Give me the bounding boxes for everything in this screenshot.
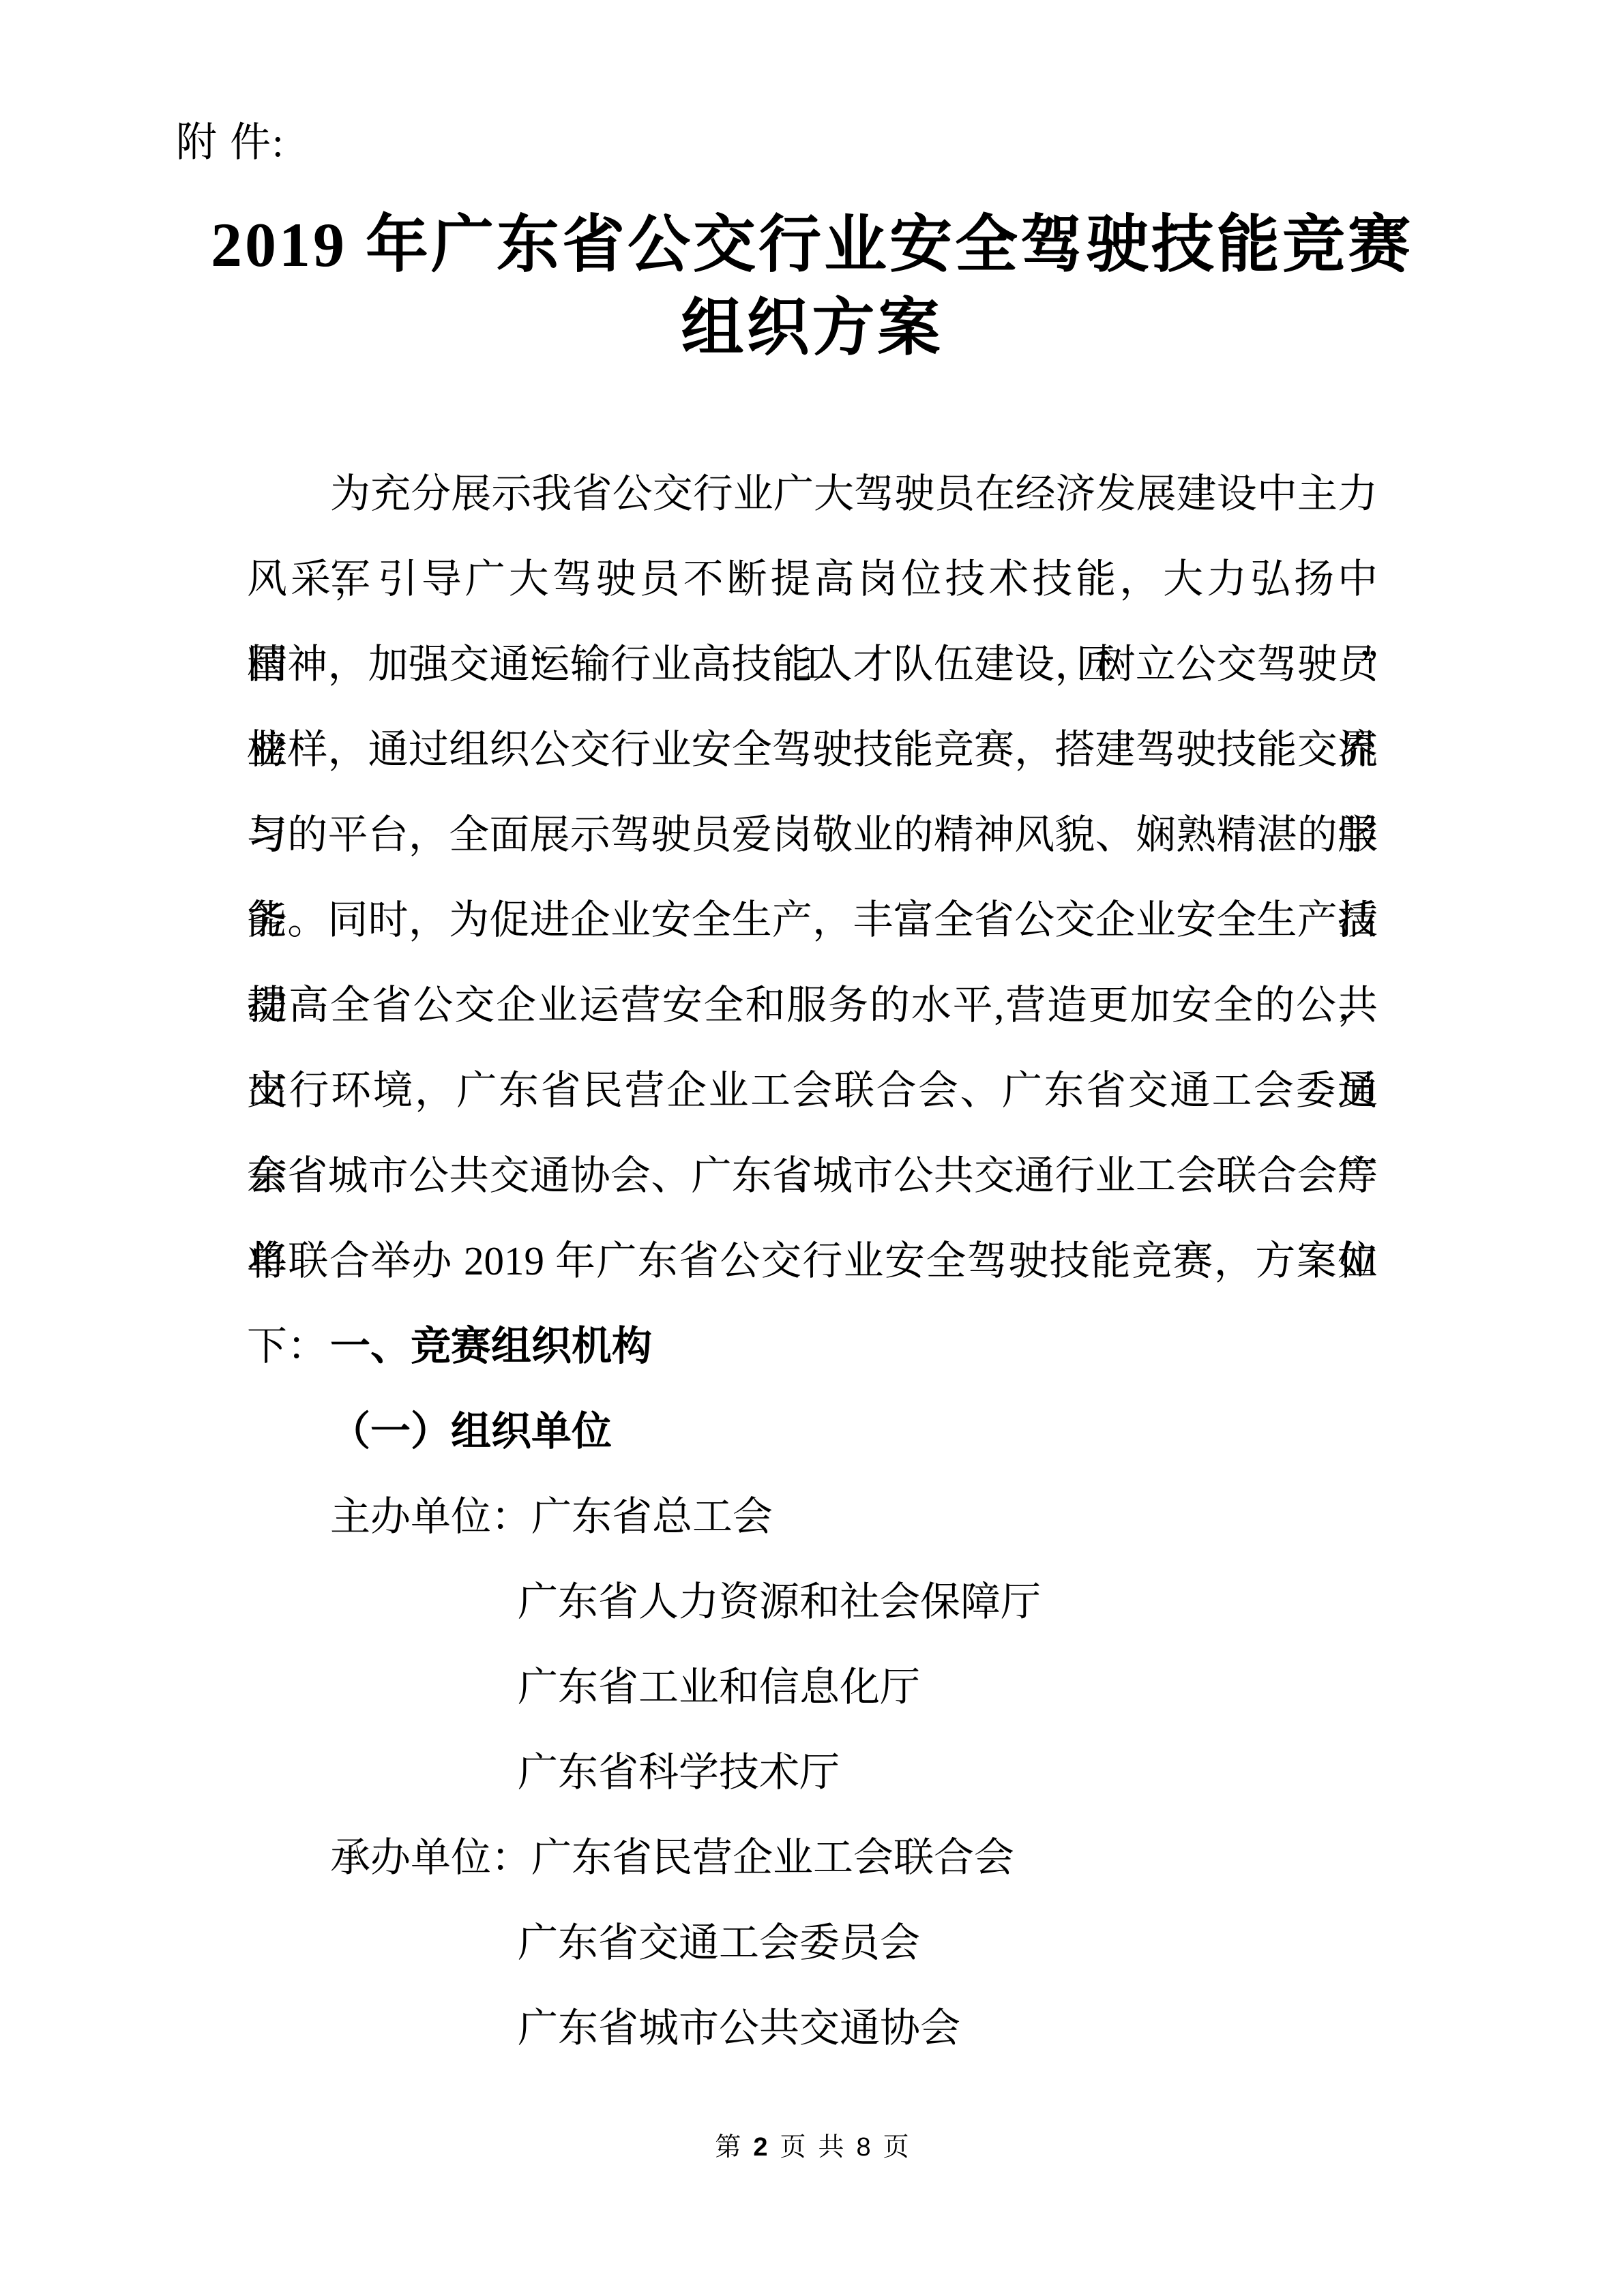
host-unit-item: 广东省科学技术厅 (247, 1730, 1378, 1815)
paragraph-line: 习的平台，全面展示驾驶员爱岗敬业的精神风貌、娴熟精湛的服务技 (247, 792, 1378, 878)
document-body: 为充分展示我省公交行业广大驾驶员在经济发展建设中主力军 风采，引导广大驾驶员不断… (247, 451, 1378, 2071)
organizer-units-label-line: 承办单位：广东省民营企业工会联合会 (247, 1815, 1378, 1900)
organizer-unit-item: 广东省交通工会委员会 (247, 1900, 1378, 1986)
subsection-heading-organizing-units: （一）组织单位 (247, 1389, 1378, 1474)
page-footer: 第2页共8页 (0, 2130, 1624, 2164)
paragraph-line: 能。同时，为促进企业安全生产，丰富全省公交企业安全生产活动， (247, 878, 1378, 963)
host-unit-item: 广东省工业和信息化厅 (247, 1645, 1378, 1730)
footer-label-di: 第 (715, 2133, 741, 2162)
document-title: 2019 年广东省公交行业安全驾驶技能竞赛 组织方案 (0, 203, 1624, 370)
paragraph-line: 提高全省公交企业运营安全和服务的水平,营造更加安全的公共交通 (247, 963, 1378, 1048)
footer-current-page-number: 2 (753, 2133, 767, 2162)
paragraph-line: 精神，加强交通运输行业高技能人才队伍建设，树立公交驾驶员业界 (247, 622, 1378, 707)
paragraph-line: 将联合举办 2019 年广东省公交行业安全驾驶技能竞赛，方案如下： (247, 1219, 1378, 1304)
paragraph-line: 东省城市公共交通协会、广东省城市公共交通行业工会联合会等单位 (247, 1133, 1378, 1219)
host-unit-item: 广东省人力资源和社会保障厅 (247, 1560, 1378, 1645)
paragraph-line: 风采，引导广大驾驶员不断提高岗位技术技能，大力弘扬中国“工匠” (247, 537, 1378, 622)
paragraph-line: 榜样，通过组织公交行业安全驾驶技能竞赛，搭建驾驶技能交流与学 (247, 707, 1378, 792)
footer-label-ye2: 页 (883, 2133, 909, 2162)
document-title-line-1: 2019 年广东省公交行业安全驾驶技能竞赛 (0, 203, 1624, 286)
document-page: 附 件: 2019 年广东省公交行业安全驾驶技能竞赛 组织方案 为充分展示我省公… (0, 0, 1624, 2296)
footer-label-ye1: 页 (780, 2133, 806, 2162)
paragraph-line: 为充分展示我省公交行业广大驾驶员在经济发展建设中主力军 (247, 451, 1378, 537)
footer-total-pages-number: 8 (857, 2133, 871, 2162)
attachment-label: 附 件: (176, 120, 285, 165)
section-heading-competition-organization: 一、竞赛组织机构 (247, 1304, 1378, 1389)
footer-label-gong: 共 (818, 2133, 844, 2162)
host-units-label-line: 主办单位：广东省总工会 (247, 1474, 1378, 1560)
document-title-line-2: 组织方案 (0, 286, 1624, 370)
paragraph-line: 出行环境，广东省民营企业工会联合会、广东省交通工会委员会、广 (247, 1048, 1378, 1133)
organizer-unit-item: 广东省城市公共交通协会 (247, 1986, 1378, 2071)
